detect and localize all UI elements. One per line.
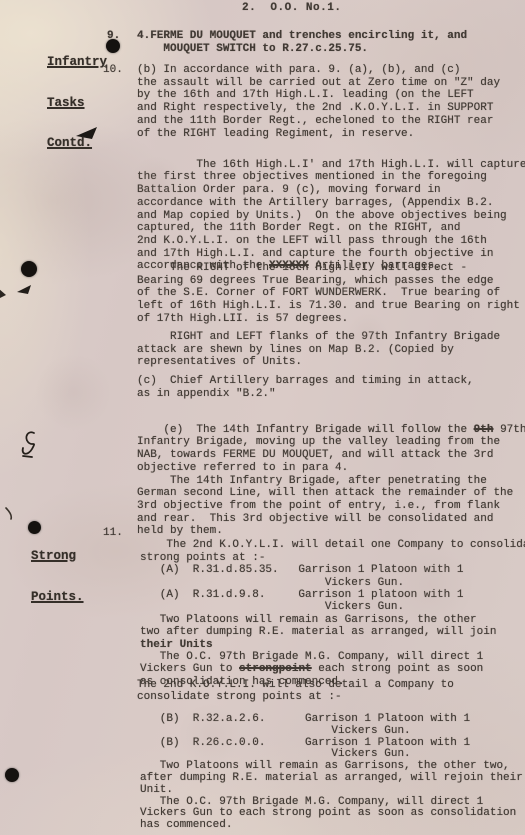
para-capture-text: The 16th High.L.I' and 17th High.L.I. wi… [137, 159, 525, 273]
margin-label-line: Tasks [47, 97, 107, 111]
item-9-text: 4.FERME DU MOUQUET and trenches encircli… [137, 30, 467, 55]
margin-label-line: Contd. [47, 137, 107, 151]
struck-text: strongpoint [239, 663, 312, 675]
margin-label-strong-points: Strong Points. [31, 523, 84, 631]
strong-points-block-a: The 2nd K.O.Y.L.I. will detail one Compa… [140, 527, 525, 701]
para-10b: (b) In accordance with para. 9. (a), (b)… [137, 64, 500, 140]
para-flanks: RIGHT and LEFT flanks of the 97th Infant… [137, 331, 500, 369]
pencil-tick [4, 506, 16, 520]
para-bearing: The RIGHT of the 16th High.L.I will dire… [137, 262, 520, 326]
block-a-text: The 2nd K.O.Y.L.I. will detail one Compa… [140, 539, 525, 638]
para-10e-text: 97th Infantry Brigade, moving up the val… [137, 424, 525, 538]
struck-text: 9th [474, 424, 494, 436]
pen-mark-edge [0, 288, 8, 300]
strong-points-block-b: (B) R.32.a.2.6. Garrison 1 Platoon with … [140, 714, 523, 832]
para-also-detail: The 2nd K.O.Y.L.I. will also detail a Co… [137, 679, 454, 704]
their-units-bold: their Units [140, 639, 213, 651]
document-page: 2. O.O. No.1. Infantry Tasks Contd. 9. 4… [0, 0, 525, 835]
margin-label-infantry-tasks: Infantry Tasks Contd. [47, 29, 107, 178]
punch-hole-bottom [5, 768, 19, 782]
margin-label-line: Points. [31, 591, 84, 605]
para-10e-text: (e) The 14th Infantry Brigade will follo… [163, 424, 473, 436]
item-9-number: 9. [107, 30, 120, 43]
margin-label-line: Strong [31, 550, 84, 564]
punch-hole-middle [21, 261, 37, 277]
ink-scribble [18, 430, 44, 462]
item-11-number: 11. [103, 527, 123, 540]
pen-mark-arrow-small [17, 285, 32, 295]
page-header: 2. O.O. No.1. [242, 2, 341, 15]
para-10c: (c) Chief Artillery barrages and timing … [137, 375, 474, 400]
item-10-number: 10. [103, 64, 123, 77]
margin-label-line: Infantry [47, 56, 107, 70]
